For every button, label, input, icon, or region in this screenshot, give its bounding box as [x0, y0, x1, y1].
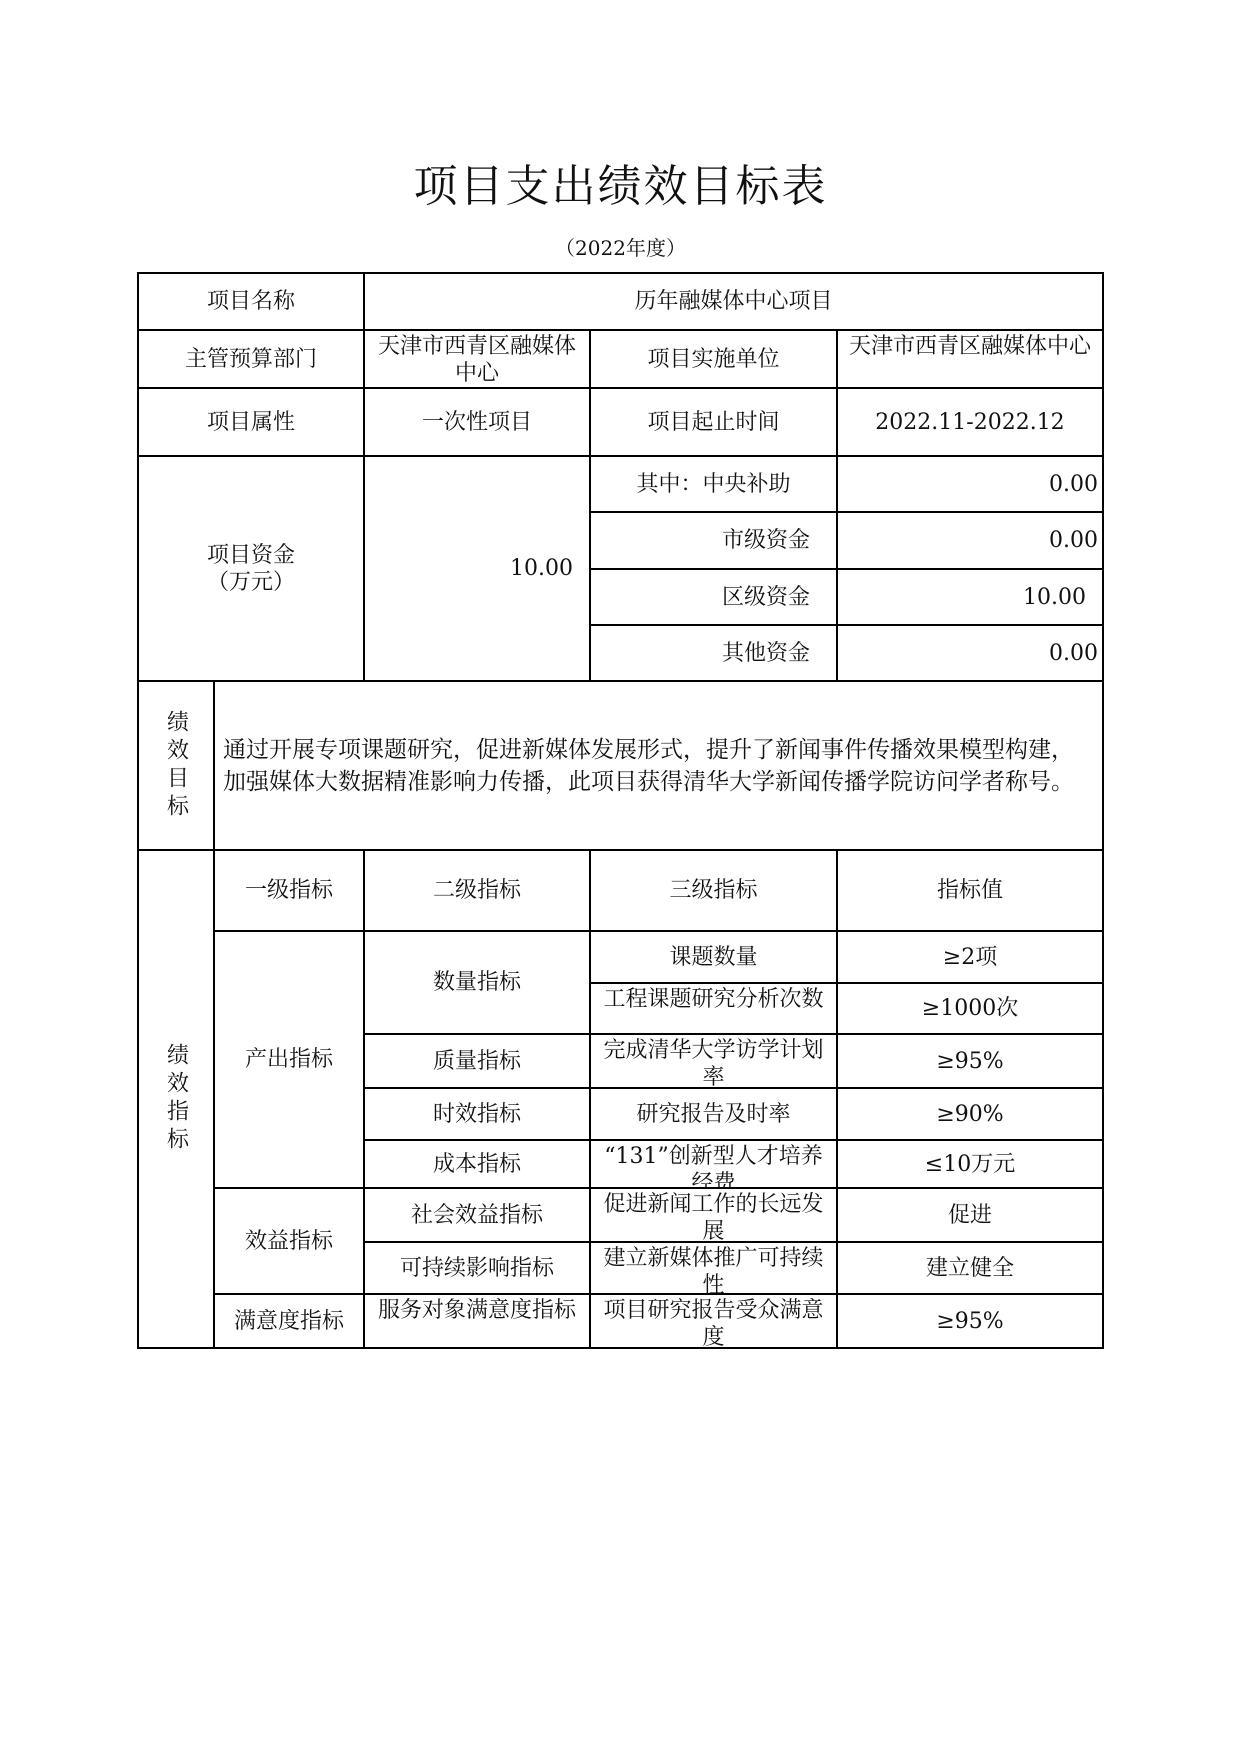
- fund-label-district: 区级资金: [589, 568, 838, 626]
- l3-row-2: 完成清华大学访学计划率: [589, 1033, 838, 1089]
- value-row-4: ≤10万元: [836, 1139, 1104, 1189]
- l2-timeliness: 时效指标: [363, 1087, 591, 1141]
- label-project-name: 项目名称: [137, 272, 365, 331]
- fund-label-city: 市级资金: [589, 511, 838, 570]
- header-l1: 一级指标: [213, 849, 365, 932]
- project-name: 历年融媒体中心项目: [363, 272, 1104, 331]
- fund-total: 10.00: [363, 455, 591, 682]
- value-row-6: 建立健全: [836, 1241, 1104, 1295]
- l2-service: 服务对象满意度指标: [363, 1293, 591, 1349]
- goal-text: 通过开展专项课题研究，促进新媒体发展形式，提升了新闻事件传播效果模型构建，加强媒…: [213, 680, 1104, 851]
- fund-district: 10.00: [836, 568, 1104, 626]
- l2-quantity: 数量指标: [363, 930, 591, 1035]
- fund-label-other: 其他资金: [589, 624, 838, 682]
- attr: 一次性项目: [363, 387, 591, 457]
- page-title: 项目支出绩效目标表: [0, 150, 1241, 214]
- fund-label-central: 其中：中央补助: [589, 455, 838, 513]
- label-period: 项目起止时间: [589, 387, 838, 457]
- l2-quality: 质量指标: [363, 1033, 591, 1089]
- label-goal: 绩效目标: [137, 680, 215, 851]
- value-row-2: ≥95%: [836, 1033, 1104, 1089]
- value-row-0: ≥2项: [836, 930, 1104, 984]
- header-l2: 二级指标: [363, 849, 591, 932]
- l3-row-6: 建立新媒体推广可持续性: [589, 1241, 838, 1295]
- label-attr: 项目属性: [137, 387, 365, 457]
- l3-row-5: 促进新闻工作的长远发展: [589, 1187, 838, 1243]
- label-impl: 项目实施单位: [589, 329, 838, 389]
- impl: 天津市西青区融媒体中心: [836, 329, 1104, 389]
- label-indicators: 绩效指标: [137, 849, 215, 1349]
- label-dept: 主管预算部门: [137, 329, 365, 389]
- label-fund: 项目资金（万元）: [137, 455, 365, 682]
- l3-row-4: “131”创新型人才培养经费: [589, 1139, 838, 1189]
- l3-row-1: 工程课题研究分析次数: [589, 982, 838, 1035]
- l2-sustain: 可持续影响指标: [363, 1241, 591, 1295]
- year-subtitle: （2022年度）: [0, 232, 1241, 261]
- header-value: 指标值: [836, 849, 1104, 932]
- period: 2022.11-2022.12: [836, 387, 1104, 457]
- value-row-1: ≥1000次: [836, 982, 1104, 1035]
- l1-satisfaction: 满意度指标: [213, 1293, 365, 1349]
- fund-central: 0.00: [836, 455, 1104, 513]
- l3-row-0: 课题数量: [589, 930, 838, 984]
- value-row-5: 促进: [836, 1187, 1104, 1243]
- fund-city: 0.00: [836, 511, 1104, 570]
- l2-cost: 成本指标: [363, 1139, 591, 1189]
- l3-row-7: 项目研究报告受众满意度: [589, 1293, 838, 1349]
- value-row-3: ≥90%: [836, 1087, 1104, 1141]
- dept: 天津市西青区融媒体中心: [363, 329, 591, 389]
- l2-social: 社会效益指标: [363, 1187, 591, 1243]
- l1-benefit: 效益指标: [213, 1187, 365, 1295]
- header-l3: 三级指标: [589, 849, 838, 932]
- l3-row-3: 研究报告及时率: [589, 1087, 838, 1141]
- l1-output: 产出指标: [213, 930, 365, 1189]
- value-row-7: ≥95%: [836, 1293, 1104, 1349]
- fund-other: 0.00: [836, 624, 1104, 682]
